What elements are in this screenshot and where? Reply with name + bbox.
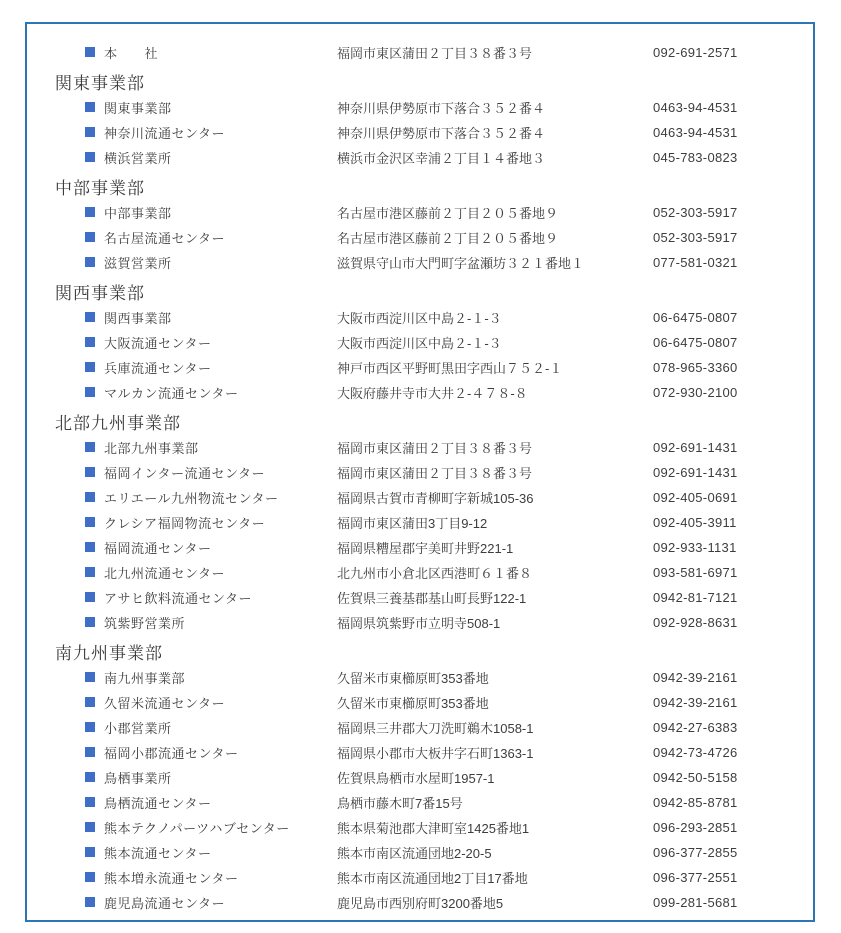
office-address: 鳥栖市藤木町7番15号 bbox=[337, 793, 653, 812]
division-office-list: 南九州事業部 久留米市東櫛原町353番地 0942-39-2161 久留米流通セ… bbox=[27, 665, 813, 915]
office-name: 神奈川流通センター bbox=[104, 123, 337, 142]
office-phone: 052-303-5917 bbox=[653, 230, 813, 245]
office-name: 中部事業部 bbox=[104, 203, 337, 222]
business-division-section: 本 社 福岡市東区蒲田２丁目３８番３号 092-691-2571 bbox=[27, 40, 813, 65]
office-row: 名古屋流通センター 名古屋市港区藤前２丁目２０５番地９ 052-303-5917 bbox=[27, 225, 813, 250]
office-row: 久留米流通センター 久留米市東櫛原町353番地 0942-39-2161 bbox=[27, 690, 813, 715]
office-phone: 06-6475-0807 bbox=[653, 335, 813, 350]
blue-square-bullet-icon bbox=[85, 617, 95, 627]
office-address: 大阪市西淀川区中島２-１-３ bbox=[337, 333, 653, 352]
office-address: 福岡県古賀市青柳町字新城105-36 bbox=[337, 488, 653, 507]
office-name: 大阪流通センター bbox=[104, 333, 337, 352]
office-name: 鹿児島流通センター bbox=[104, 893, 337, 912]
office-name: 筑紫野営業所 bbox=[104, 613, 337, 632]
office-name: 小郡営業所 bbox=[104, 718, 337, 737]
blue-square-bullet-icon bbox=[85, 672, 95, 682]
office-row: 福岡小郡流通センター 福岡県小郡市大板井字石町1363-1 0942-73-47… bbox=[27, 740, 813, 765]
office-phone: 077-581-0321 bbox=[653, 255, 813, 270]
blue-square-bullet-icon bbox=[85, 897, 95, 907]
office-name: 南九州事業部 bbox=[104, 668, 337, 687]
office-address: 熊本県菊池郡大津町室1425番地1 bbox=[337, 818, 653, 837]
office-phone: 0942-50-5158 bbox=[653, 770, 813, 785]
division-office-list: 北部九州事業部 福岡市東区蒲田２丁目３８番３号 092-691-1431 福岡イ… bbox=[27, 435, 813, 635]
office-name: クレシア福岡物流センター bbox=[104, 513, 337, 532]
blue-square-bullet-icon bbox=[85, 697, 95, 707]
office-address: 神奈川県伊勢原市下落合３５２番４ bbox=[337, 98, 653, 117]
office-phone: 06-6475-0807 bbox=[653, 310, 813, 325]
blue-square-bullet-icon bbox=[85, 722, 95, 732]
office-row: 熊本流通センター 熊本市南区流通団地2-20-5 096-377-2855 bbox=[27, 840, 813, 865]
office-address: 福岡市東区蒲田3丁目9-12 bbox=[337, 513, 653, 532]
office-name: 福岡小郡流通センター bbox=[104, 743, 337, 762]
blue-square-bullet-icon bbox=[85, 47, 95, 57]
office-phone: 052-303-5917 bbox=[653, 205, 813, 220]
office-name: 本 社 bbox=[104, 43, 337, 62]
office-row: 本 社 福岡市東区蒲田２丁目３８番３号 092-691-2571 bbox=[27, 40, 813, 65]
office-phone: 0463-94-4531 bbox=[653, 100, 813, 115]
division-heading: 中部事業部 bbox=[55, 178, 813, 200]
office-address: 福岡県小郡市大板井字石町1363-1 bbox=[337, 743, 653, 762]
business-division-section: 中部事業部 中部事業部 名古屋市港区藤前２丁目２０５番地９ 052-303-59… bbox=[27, 178, 813, 275]
office-name: 福岡流通センター bbox=[104, 538, 337, 557]
blue-square-bullet-icon bbox=[85, 592, 95, 602]
office-row: 関西事業部 大阪市西淀川区中島２-１-３ 06-6475-0807 bbox=[27, 305, 813, 330]
blue-square-bullet-icon bbox=[85, 152, 95, 162]
division-heading: 関東事業部 bbox=[55, 73, 813, 95]
office-phone: 078-965-3360 bbox=[653, 360, 813, 375]
office-row: 南九州事業部 久留米市東櫛原町353番地 0942-39-2161 bbox=[27, 665, 813, 690]
blue-square-bullet-icon bbox=[85, 872, 95, 882]
office-row: クレシア福岡物流センター 福岡市東区蒲田3丁目9-12 092-405-3911 bbox=[27, 510, 813, 535]
blue-square-bullet-icon bbox=[85, 387, 95, 397]
office-directory-frame: 本 社 福岡市東区蒲田２丁目３８番３号 092-691-2571 関東事業部 関… bbox=[25, 22, 815, 922]
office-address: 熊本市南区流通団地2丁目17番地 bbox=[337, 868, 653, 887]
office-address: 大阪市西淀川区中島２-１-３ bbox=[337, 308, 653, 327]
business-division-section: 南九州事業部 南九州事業部 久留米市東櫛原町353番地 0942-39-2161… bbox=[27, 643, 813, 915]
office-phone: 0942-85-8781 bbox=[653, 795, 813, 810]
office-name: 熊本流通センター bbox=[104, 843, 337, 862]
office-name: アサヒ飲料流通センター bbox=[104, 588, 337, 607]
division-heading: 南九州事業部 bbox=[55, 643, 813, 665]
office-phone: 045-783-0823 bbox=[653, 150, 813, 165]
office-name: 熊本増永流通センター bbox=[104, 868, 337, 887]
office-address: 熊本市南区流通団地2-20-5 bbox=[337, 843, 653, 862]
office-phone: 096-293-2851 bbox=[653, 820, 813, 835]
office-phone: 0942-27-6383 bbox=[653, 720, 813, 735]
blue-square-bullet-icon bbox=[85, 232, 95, 242]
office-name: マルカン流通センター bbox=[104, 383, 337, 402]
blue-square-bullet-icon bbox=[85, 517, 95, 527]
office-row: 鹿児島流通センター 鹿児島市西別府町3200番地5 099-281-5681 bbox=[27, 890, 813, 915]
office-address: 福岡市東区蒲田２丁目３８番３号 bbox=[337, 43, 653, 62]
office-row: 筑紫野営業所 福岡県筑紫野市立明寺508-1 092-928-8631 bbox=[27, 610, 813, 635]
blue-square-bullet-icon bbox=[85, 337, 95, 347]
office-name: 関東事業部 bbox=[104, 98, 337, 117]
office-name: 熊本テクノパーツハブセンター bbox=[104, 818, 337, 837]
office-directory: 本 社 福岡市東区蒲田２丁目３８番３号 092-691-2571 関東事業部 関… bbox=[27, 24, 813, 915]
division-office-list: 中部事業部 名古屋市港区藤前２丁目２０５番地９ 052-303-5917 名古屋… bbox=[27, 200, 813, 275]
office-phone: 093-581-6971 bbox=[653, 565, 813, 580]
office-address: 神奈川県伊勢原市下落合３５２番４ bbox=[337, 123, 653, 142]
office-address: 佐賀県鳥栖市水屋町1957-1 bbox=[337, 768, 653, 787]
office-row: 関東事業部 神奈川県伊勢原市下落合３５２番４ 0463-94-4531 bbox=[27, 95, 813, 120]
office-address: 福岡市東区蒲田２丁目３８番３号 bbox=[337, 438, 653, 457]
office-row: アサヒ飲料流通センター 佐賀県三養基郡基山町長野122-1 0942-81-71… bbox=[27, 585, 813, 610]
office-name: エリエール九州物流センター bbox=[104, 488, 337, 507]
office-address: 名古屋市港区藤前２丁目２０５番地９ bbox=[337, 203, 653, 222]
blue-square-bullet-icon bbox=[85, 542, 95, 552]
office-phone: 072-930-2100 bbox=[653, 385, 813, 400]
blue-square-bullet-icon bbox=[85, 127, 95, 137]
office-row: 鳥栖流通センター 鳥栖市藤木町7番15号 0942-85-8781 bbox=[27, 790, 813, 815]
office-row: 北九州流通センター 北九州市小倉北区西港町６１番８ 093-581-6971 bbox=[27, 560, 813, 585]
office-address: 久留米市東櫛原町353番地 bbox=[337, 693, 653, 712]
business-division-section: 関西事業部 関西事業部 大阪市西淀川区中島２-１-３ 06-6475-0807 … bbox=[27, 283, 813, 405]
office-phone: 092-691-2571 bbox=[653, 45, 813, 60]
blue-square-bullet-icon bbox=[85, 207, 95, 217]
blue-square-bullet-icon bbox=[85, 797, 95, 807]
office-phone: 092-405-0691 bbox=[653, 490, 813, 505]
office-phone: 092-691-1431 bbox=[653, 465, 813, 480]
office-address: 名古屋市港区藤前２丁目２０５番地９ bbox=[337, 228, 653, 247]
office-name: 北九州流通センター bbox=[104, 563, 337, 582]
office-phone: 0942-73-4726 bbox=[653, 745, 813, 760]
office-row: 兵庫流通センター 神戸市西区平野町黒田字西山７５２-１ 078-965-3360 bbox=[27, 355, 813, 380]
office-row: 横浜営業所 横浜市金沢区幸浦２丁目１４番地３ 045-783-0823 bbox=[27, 145, 813, 170]
office-address: 福岡県筑紫野市立明寺508-1 bbox=[337, 613, 653, 632]
office-address: 神戸市西区平野町黒田字西山７５２-１ bbox=[337, 358, 653, 377]
office-address: 久留米市東櫛原町353番地 bbox=[337, 668, 653, 687]
office-phone: 0942-81-7121 bbox=[653, 590, 813, 605]
blue-square-bullet-icon bbox=[85, 747, 95, 757]
office-row: 福岡流通センター 福岡県糟屋郡宇美町井野221-1 092-933-1131 bbox=[27, 535, 813, 560]
office-address: 福岡県糟屋郡宇美町井野221-1 bbox=[337, 538, 653, 557]
office-address: 大阪府藤井寺市大井２-４７８-８ bbox=[337, 383, 653, 402]
office-name: 関西事業部 bbox=[104, 308, 337, 327]
office-address: 北九州市小倉北区西港町６１番８ bbox=[337, 563, 653, 582]
blue-square-bullet-icon bbox=[85, 362, 95, 372]
office-row: 鳥栖事業所 佐賀県鳥栖市水屋町1957-1 0942-50-5158 bbox=[27, 765, 813, 790]
office-row: 北部九州事業部 福岡市東区蒲田２丁目３８番３号 092-691-1431 bbox=[27, 435, 813, 460]
office-address: 鹿児島市西別府町3200番地5 bbox=[337, 893, 653, 912]
blue-square-bullet-icon bbox=[85, 847, 95, 857]
office-phone: 096-377-2855 bbox=[653, 845, 813, 860]
office-name: 鳥栖流通センター bbox=[104, 793, 337, 812]
office-address: 福岡市東区蒲田２丁目３８番３号 bbox=[337, 463, 653, 482]
office-row: 福岡インター流通センター 福岡市東区蒲田２丁目３８番３号 092-691-143… bbox=[27, 460, 813, 485]
office-row: 大阪流通センター 大阪市西淀川区中島２-１-３ 06-6475-0807 bbox=[27, 330, 813, 355]
business-division-section: 関東事業部 関東事業部 神奈川県伊勢原市下落合３５２番４ 0463-94-453… bbox=[27, 73, 813, 170]
office-phone: 092-691-1431 bbox=[653, 440, 813, 455]
blue-square-bullet-icon bbox=[85, 442, 95, 452]
office-phone: 099-281-5681 bbox=[653, 895, 813, 910]
office-name: 北部九州事業部 bbox=[104, 438, 337, 457]
office-row: 中部事業部 名古屋市港区藤前２丁目２０５番地９ 052-303-5917 bbox=[27, 200, 813, 225]
office-phone: 092-928-8631 bbox=[653, 615, 813, 630]
office-address: 滋賀県守山市大門町字盆瀬坊３２１番地１ bbox=[337, 253, 653, 272]
office-phone: 0463-94-4531 bbox=[653, 125, 813, 140]
office-phone: 092-405-3911 bbox=[653, 515, 813, 530]
business-division-section: 北部九州事業部 北部九州事業部 福岡市東区蒲田２丁目３８番３号 092-691-… bbox=[27, 413, 813, 635]
office-name: 名古屋流通センター bbox=[104, 228, 337, 247]
blue-square-bullet-icon bbox=[85, 257, 95, 267]
office-phone: 092-933-1131 bbox=[653, 540, 813, 555]
office-name: 横浜営業所 bbox=[104, 148, 337, 167]
office-row: エリエール九州物流センター 福岡県古賀市青柳町字新城105-36 092-405… bbox=[27, 485, 813, 510]
office-name: 滋賀営業所 bbox=[104, 253, 337, 272]
blue-square-bullet-icon bbox=[85, 567, 95, 577]
blue-square-bullet-icon bbox=[85, 492, 95, 502]
office-row: 滋賀営業所 滋賀県守山市大門町字盆瀬坊３２１番地１ 077-581-0321 bbox=[27, 250, 813, 275]
blue-square-bullet-icon bbox=[85, 772, 95, 782]
blue-square-bullet-icon bbox=[85, 312, 95, 322]
division-heading: 北部九州事業部 bbox=[55, 413, 813, 435]
office-name: 鳥栖事業所 bbox=[104, 768, 337, 787]
office-row: 小郡営業所 福岡県三井郡大刀洗町鵜木1058-1 0942-27-6383 bbox=[27, 715, 813, 740]
office-address: 横浜市金沢区幸浦２丁目１４番地３ bbox=[337, 148, 653, 167]
office-name: 兵庫流通センター bbox=[104, 358, 337, 377]
blue-square-bullet-icon bbox=[85, 102, 95, 112]
office-row: 熊本テクノパーツハブセンター 熊本県菊池郡大津町室1425番地1 096-293… bbox=[27, 815, 813, 840]
blue-square-bullet-icon bbox=[85, 822, 95, 832]
office-phone: 096-377-2551 bbox=[653, 870, 813, 885]
office-row: 熊本増永流通センター 熊本市南区流通団地2丁目17番地 096-377-2551 bbox=[27, 865, 813, 890]
division-office-list: 関東事業部 神奈川県伊勢原市下落合３５２番４ 0463-94-4531 神奈川流… bbox=[27, 95, 813, 170]
division-office-list: 本 社 福岡市東区蒲田２丁目３８番３号 092-691-2571 bbox=[27, 40, 813, 65]
office-address: 福岡県三井郡大刀洗町鵜木1058-1 bbox=[337, 718, 653, 737]
office-phone: 0942-39-2161 bbox=[653, 670, 813, 685]
blue-square-bullet-icon bbox=[85, 467, 95, 477]
office-row: マルカン流通センター 大阪府藤井寺市大井２-４７８-８ 072-930-2100 bbox=[27, 380, 813, 405]
division-heading: 関西事業部 bbox=[55, 283, 813, 305]
office-row: 神奈川流通センター 神奈川県伊勢原市下落合３５２番４ 0463-94-4531 bbox=[27, 120, 813, 145]
office-name: 福岡インター流通センター bbox=[104, 463, 337, 482]
office-address: 佐賀県三養基郡基山町長野122-1 bbox=[337, 588, 653, 607]
office-name: 久留米流通センター bbox=[104, 693, 337, 712]
office-phone: 0942-39-2161 bbox=[653, 695, 813, 710]
division-office-list: 関西事業部 大阪市西淀川区中島２-１-３ 06-6475-0807 大阪流通セン… bbox=[27, 305, 813, 405]
